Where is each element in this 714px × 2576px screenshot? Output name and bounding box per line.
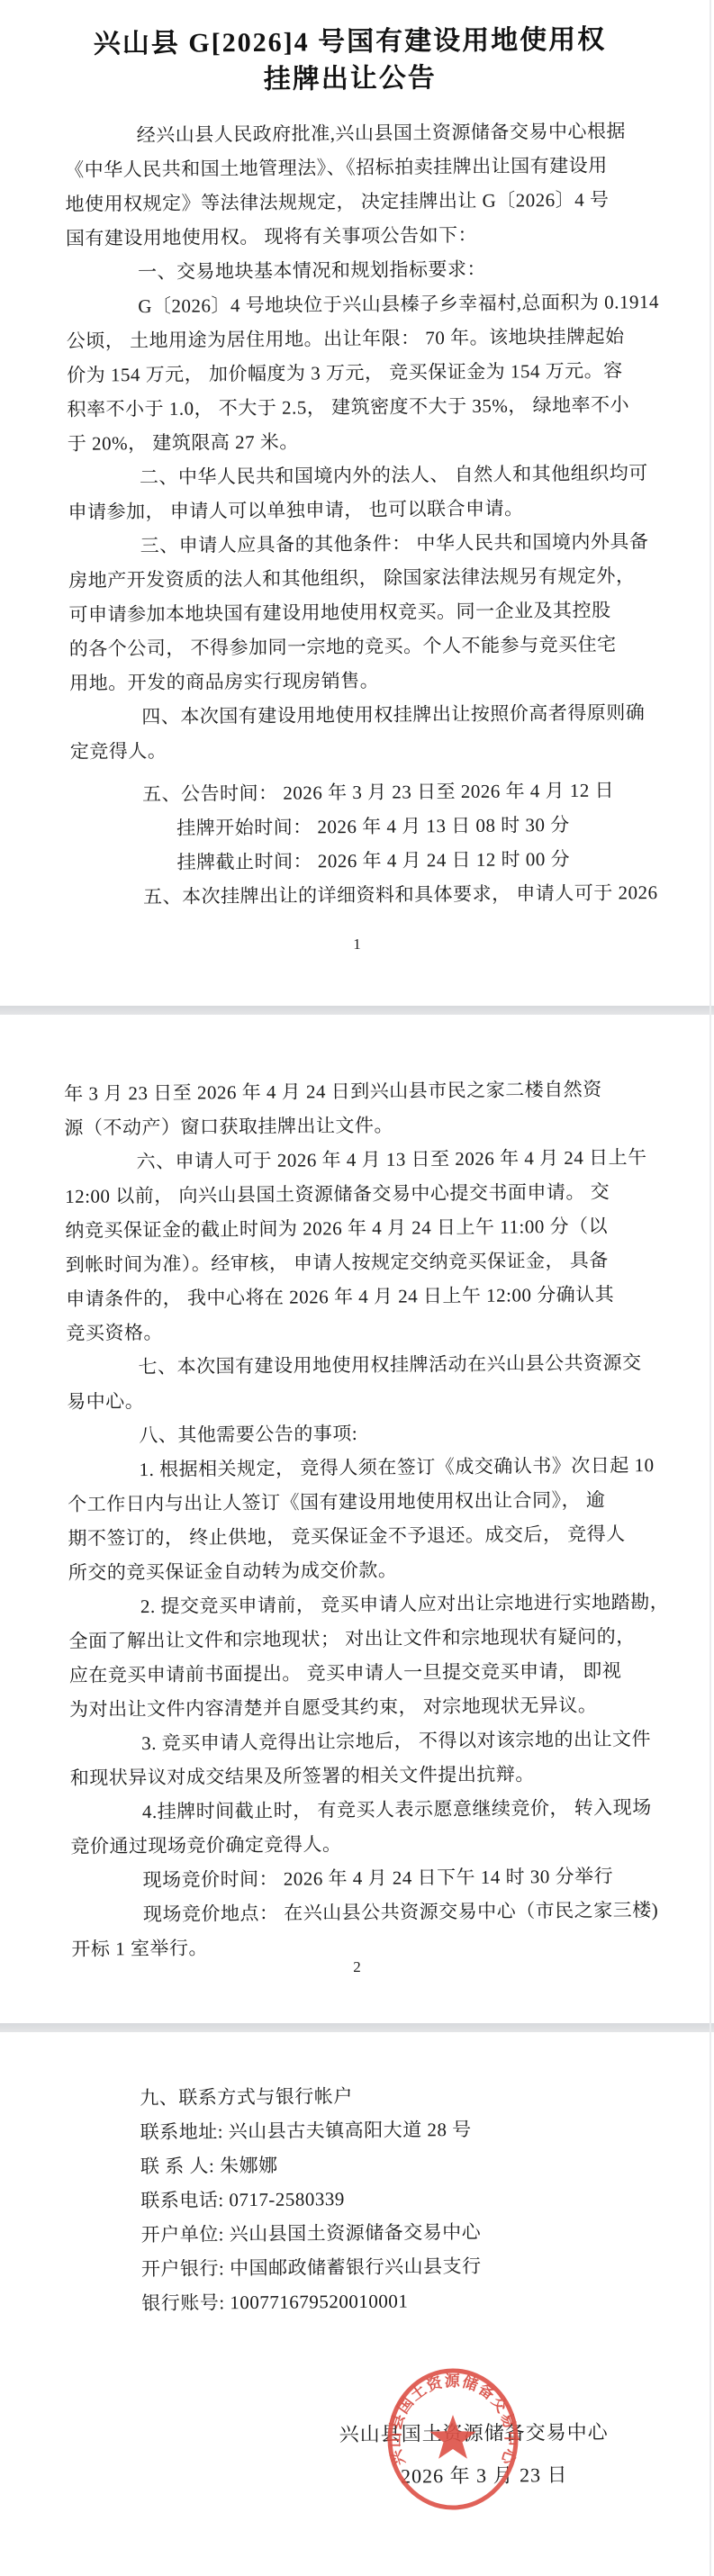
page-2-body-text: 年 3 月 23 日至 2026 年 4 月 24 日到兴山县市民之家二楼自然资…	[64, 1071, 644, 1966]
text-line: 国有建设用地使用权。 现将有关事项公告如下：	[66, 216, 637, 256]
text-line: 联系电话: 0717-2580339	[67, 2179, 638, 2219]
text-line: 为对出让文件内容清楚并自愿受其约束， 对宗地现状无异议。	[69, 1687, 641, 1727]
text-line: 一、交易地块基本情况和规划指标要求：	[66, 250, 637, 290]
page-number: 1	[0, 935, 714, 954]
text-line: 公顷， 土地用途为居住用地。出让年限： 70 年。该地块挂牌起始	[67, 319, 638, 358]
text-line: 4.挂牌时间截止时， 有竞买人表示愿意继续竞价， 转入现场	[70, 1790, 642, 1830]
page-separator	[0, 1006, 714, 1015]
text-line: 应在竞买申请前书面提出。 竞买申请人一旦提交竞买申请， 即视	[69, 1653, 641, 1693]
document-title-line1: 兴山县 G[2026]4 号国有建设用地使用权	[64, 21, 636, 63]
contact-and-bank-section: 九、联系方式与银行帐户联系地址: 兴山县古夫镇高阳大道 28 号联 系 人: 朱…	[66, 2076, 639, 2321]
page-2: 年 3 月 23 日至 2026 年 4 月 24 日到兴山县市民之家二楼自然资…	[0, 1015, 714, 2023]
signature-date: 2026 年 3 月 23 日	[69, 2459, 641, 2492]
text-line: 用地。开发的商品房实行现房销售。	[69, 661, 641, 700]
text-line: 于 20%， 建筑限高 27 米。	[68, 421, 639, 461]
text-line: 六、申请人可于 2026 年 4 月 13 日至 2026 年 4 月 24 日…	[65, 1140, 637, 1180]
text-line: 全面了解出让文件和宗地现状； 对出让文件和宗地现状有疑问的，	[68, 1619, 640, 1659]
page-1-body-text: 经兴山县人民政府批准,兴山县国土资源储备交易中心根据《中华人民共和国土地管理法》…	[65, 113, 644, 915]
text-line: 挂牌开始时间： 2026 年 4 月 13 日 08 时 30 分	[70, 807, 642, 846]
text-line: 申请条件的， 我中心将在 2026 年 4 月 24 日上午 12:00 分确认…	[66, 1277, 637, 1316]
text-line: 竞价通过现场竞价确定竞得人。	[70, 1824, 642, 1864]
text-line: 九、联系方式与银行帐户	[66, 2076, 637, 2116]
text-line: 七、本次国有建设用地使用权挂牌活动在兴山县公共资源交	[67, 1345, 638, 1385]
document-title: 兴山县 G[2026]4 号国有建设用地使用权 挂牌出让公告	[64, 0, 637, 100]
text-line: 五、本次挂牌出让的详细资料和具体要求， 申请人可于 2026	[71, 875, 643, 915]
text-line: 到帐时间为准）。经审核， 申请人按规定交纳竞买保证金， 具备	[66, 1243, 637, 1282]
text-line: 的各个公司， 不得参加同一宗地的竞买。个人不能参与竞买住宅	[69, 627, 641, 666]
text-line: 纳竞买保证金的截止时间为 2026 年 4 月 24 日上午 11:00 分（以	[65, 1208, 637, 1248]
scanned-announcement-document: 兴山县 G[2026]4 号国有建设用地使用权 挂牌出让公告 经兴山县人民政府批…	[0, 0, 714, 2576]
text-line: 开户单位: 兴山县国土资源储备交易中心	[68, 2213, 639, 2253]
text-line: 联系地址: 兴山县古夫镇高阳大道 28 号	[67, 2111, 638, 2150]
text-line: 申请参加， 申请人可以单独申请， 也可以联合申请。	[68, 490, 639, 529]
text-line: 期不签订的， 终止供地， 竞买保证金不予退还。成交后， 竞得人	[68, 1516, 639, 1556]
page-separator	[0, 2023, 714, 2032]
text-line: 3. 竞买申请人竞得出让宗地后， 不得以对该宗地的出让文件	[69, 1722, 641, 1761]
text-line: 三、申请人应具备的其他条件： 中华人民共和国境内外具备	[68, 524, 640, 564]
text-line: 源（不动产）窗口获取挂牌出让文件。	[64, 1106, 636, 1145]
page-3-content: 九、联系方式与银行帐户联系地址: 兴山县古夫镇高阳大道 28 号联 系 人: 朱…	[0, 2032, 714, 2492]
page-3: 九、联系方式与银行帐户联系地址: 兴山县古夫镇高阳大道 28 号联 系 人: 朱…	[0, 2032, 714, 2576]
text-line: 四、本次国有建设用地使用权挂牌出让按照价高者得原则确	[69, 695, 641, 735]
text-line: 2. 提交竞买申请前， 竞买申请人应对出让宗地进行实地踏勘，	[68, 1585, 640, 1624]
scan-edge-artifact	[709, 0, 711, 2576]
text-line: 积率不小于 1.0， 不大于 2.5， 建筑密度不大于 35%， 绿地率不小	[67, 387, 638, 427]
text-line: 价为 154 万元， 加价幅度为 3 万元， 竞买保证金为 154 万元。容	[67, 353, 638, 393]
text-line: 银行账号: 100771679520010001	[68, 2282, 639, 2321]
text-line: 年 3 月 23 日至 2026 年 4 月 24 日到兴山县市民之家二楼自然资	[64, 1071, 636, 1111]
text-line: 12:00 以前， 向兴山县国土资源储备交易中心提交书面申请。 交	[65, 1174, 637, 1214]
text-line: 可申请参加本地块国有建设用地使用权竞买。同一企业及其控股	[68, 592, 640, 632]
text-line: 现场竞价时间： 2026 年 4 月 24 日下午 14 时 30 分举行	[71, 1858, 643, 1898]
text-line: 竞买资格。	[66, 1311, 637, 1351]
text-line: 联 系 人: 朱娜娜	[67, 2145, 638, 2184]
text-line: 1. 根据相关规定， 竞得人须在签订《成交确认书》次日起 10	[68, 1448, 639, 1487]
text-line: 开户银行: 中国邮政储蓄银行兴山县支行	[68, 2247, 639, 2287]
text-line: G〔2026〕4 号地块位于兴山县榛子乡幸福村,总面积为 0.1914	[66, 285, 637, 324]
text-line: 房地产开发资质的法人和其他组织， 除国家法律法规另有规定外，	[68, 558, 640, 598]
signature-organization: 兴山县国土资源储备交易中心	[69, 2417, 641, 2450]
page-1-content: 兴山县 G[2026]4 号国有建设用地使用权 挂牌出让公告 经兴山县人民政府批…	[0, 0, 714, 915]
page-2-content: 年 3 月 23 日至 2026 年 4 月 24 日到兴山县市民之家二楼自然资…	[0, 1015, 714, 1966]
text-line: 五、公告时间： 2026 年 3 月 23 日至 2026 年 4 月 12 日	[70, 773, 642, 812]
text-line: 《中华人民共和国土地管理法》、《招标拍卖挂牌出让国有建设用	[65, 148, 637, 187]
text-line: 八、其他需要公告的事项:	[67, 1414, 638, 1453]
star-icon	[429, 2415, 475, 2459]
text-line: 经兴山县人民政府批准,兴山县国土资源储备交易中心根据	[65, 113, 637, 153]
official-seal: 兴山县国土资源储备交易中心	[381, 2360, 525, 2513]
text-line: 挂牌截止时间： 2026 年 4 月 24 日 12 时 00 分	[71, 841, 643, 881]
text-line: 二、中华人民共和国境内外的法人、 自然人和其他组织均可	[68, 456, 639, 495]
text-line: 所交的竞买保证金自动转为成交价款。	[68, 1550, 640, 1590]
page-number: 2	[0, 1958, 714, 1976]
text-line: 易中心。	[67, 1379, 638, 1419]
text-line: 个工作日内与出让人签订《国有建设用地使用权出让合同》， 逾	[68, 1482, 639, 1522]
text-line: 地使用权规定》等法律法规规定， 决定挂牌出让 G〔2026〕4 号	[65, 182, 637, 221]
text-line: 定竞得人。	[70, 729, 642, 769]
document-title-line2: 挂牌出让公告	[64, 58, 636, 100]
text-line: 现场竞价地点： 在兴山县公共资源交易中心（市民之家三楼)	[71, 1893, 643, 1932]
text-line: 和现状异议对成交结果及所签署的相关文件提出抗辩。	[70, 1756, 642, 1795]
page-1: 兴山县 G[2026]4 号国有建设用地使用权 挂牌出让公告 经兴山县人民政府批…	[0, 0, 714, 1006]
